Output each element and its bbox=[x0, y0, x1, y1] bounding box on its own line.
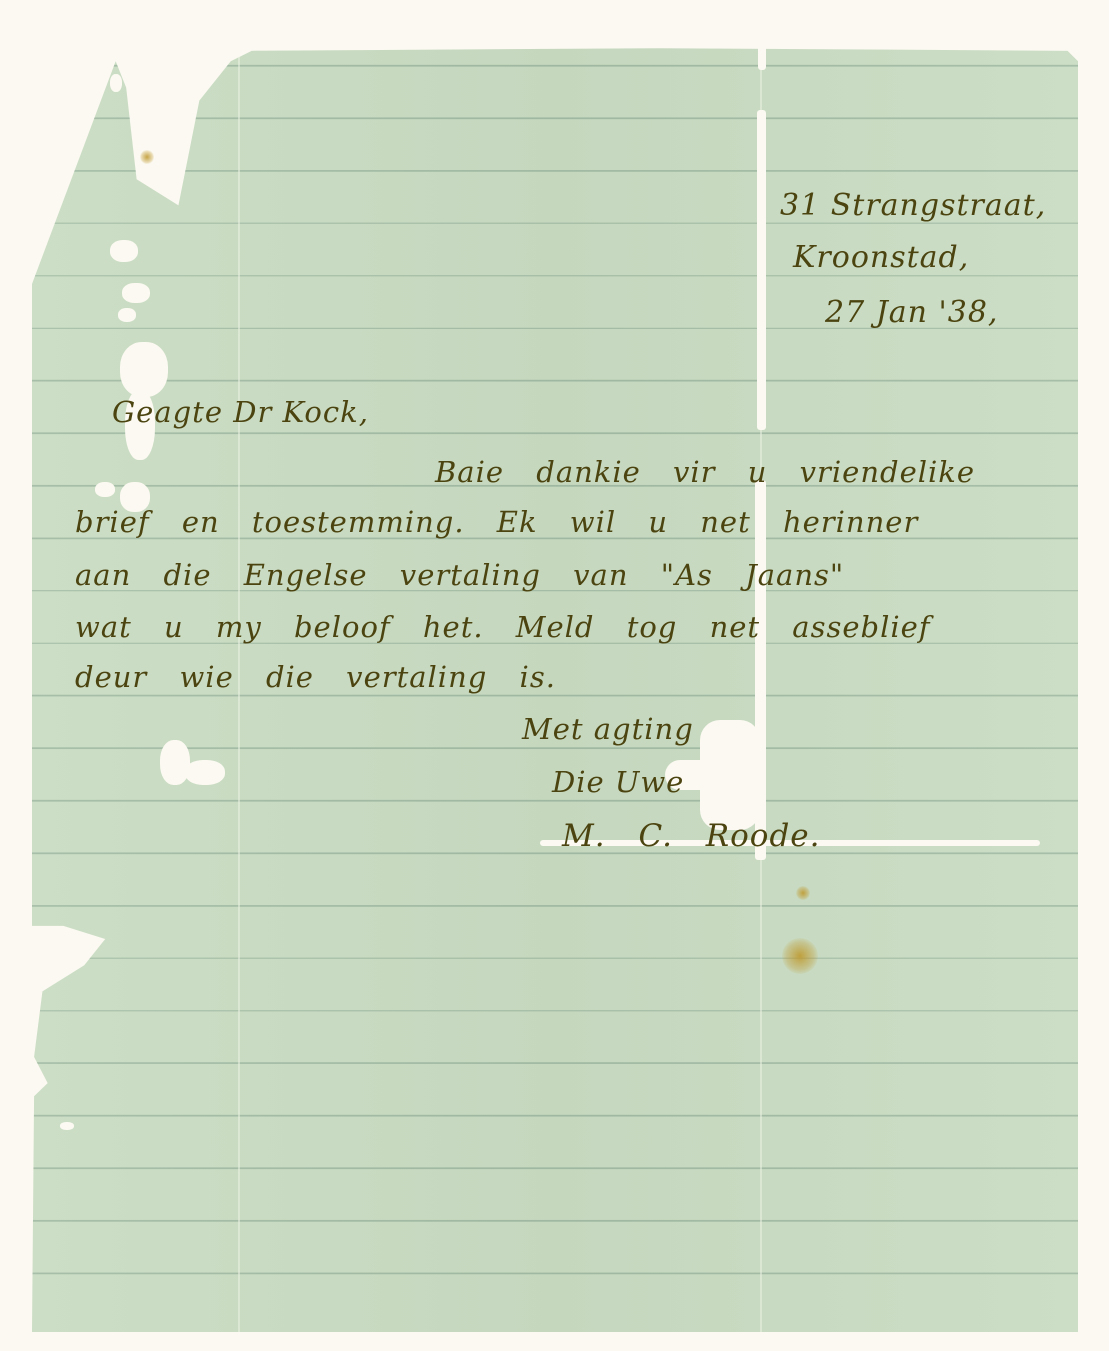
signature: M. C. Roode. bbox=[562, 818, 820, 854]
paper-hole bbox=[118, 308, 136, 322]
closing-regards: Met agting bbox=[522, 712, 694, 746]
body-line-2: brief en toestemming. Ek wil u net herin… bbox=[75, 505, 918, 539]
address-town: Kroonstad, bbox=[793, 240, 969, 275]
paper-hole bbox=[122, 283, 150, 303]
ink-stain bbox=[796, 886, 810, 900]
address-street: 31 Strangstraat, bbox=[780, 188, 1046, 223]
paper-hole bbox=[160, 740, 190, 785]
fold-tear bbox=[758, 30, 766, 70]
body-line-4: wat u my beloof het. Meld tog net assebl… bbox=[75, 610, 931, 644]
body-line-1: Baie dankie vir u vriendelike bbox=[435, 455, 975, 489]
paper-hole bbox=[162, 158, 172, 176]
paper-hole bbox=[110, 240, 138, 262]
rust-spot bbox=[140, 150, 154, 164]
body-line-5: deur wie die vertaling is. bbox=[75, 660, 556, 694]
fold-tear bbox=[757, 110, 766, 430]
paper-hole bbox=[95, 482, 115, 497]
body-line-3: aan die Engelse vertaling van "As Jaans" bbox=[75, 558, 844, 592]
letter-date: 27 Jan '38, bbox=[825, 295, 998, 330]
paper-hole bbox=[120, 342, 168, 397]
closing-die-uwe: Die Uwe bbox=[552, 765, 684, 799]
paper-hole bbox=[110, 74, 122, 92]
paper-hole bbox=[60, 1122, 74, 1130]
paper-hole bbox=[185, 760, 225, 785]
salutation: Geagte Dr Kock, bbox=[112, 395, 369, 429]
ink-stain bbox=[782, 938, 818, 974]
